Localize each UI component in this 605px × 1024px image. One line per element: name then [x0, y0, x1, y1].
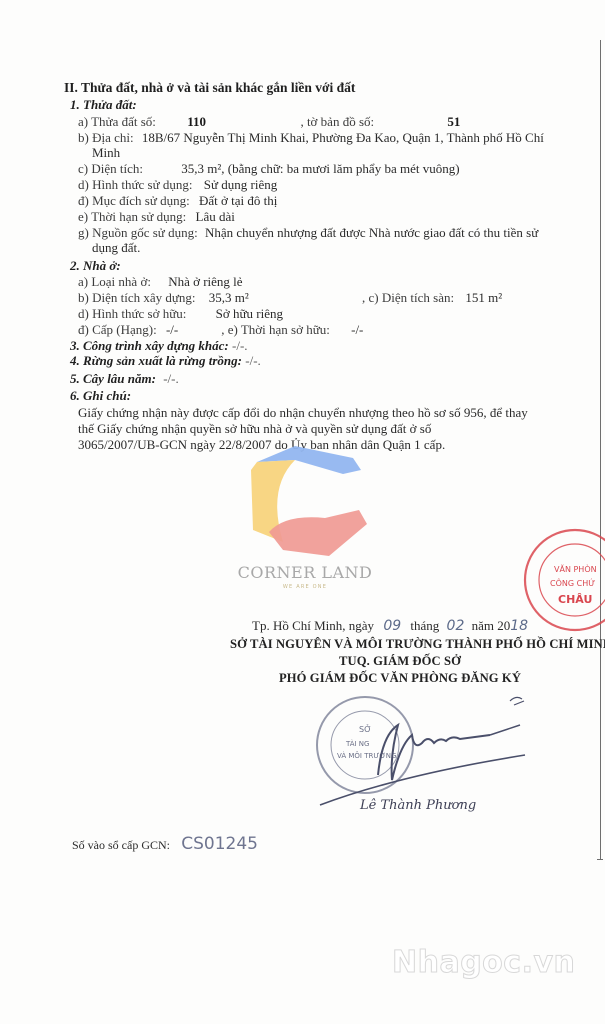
year-suffix: 18	[510, 618, 528, 634]
use-form-value: Sử dụng riêng	[204, 177, 278, 192]
svg-text:CHÂU: CHÂU	[558, 593, 592, 606]
term-row: e) Thời hạn sử dụng: Lâu dài	[78, 209, 235, 225]
corner-land-logo-icon	[225, 440, 385, 560]
land-heading: 1. Thửa đất:	[70, 97, 137, 113]
house-type-value: Nhà ở riêng lẻ	[168, 274, 242, 289]
position-line: PHÓ GIÁM ĐỐC VĂN PHÒNG ĐĂNG KÝ	[260, 670, 540, 686]
map-label: , tờ bản đồ số:	[300, 114, 374, 129]
parcel-number: 110	[187, 114, 297, 130]
notes-line-1: Giấy chứng nhận này được cấp đổi do nhận…	[78, 405, 528, 421]
origin-continued: dụng đất.	[92, 240, 140, 256]
term-label: e) Thời hạn sử dụng:	[78, 209, 186, 224]
address-row: b) Địa chỉ: 18B/67 Nguyễn Thị Minh Khai,…	[78, 130, 544, 146]
origin-label: g) Nguồn gốc sử dụng:	[78, 225, 198, 240]
forest-heading: 4. Rừng sản xuất là rừng trồng:	[70, 353, 242, 368]
floor-area-label: , c) Diện tích sàn:	[362, 290, 454, 305]
build-area-label: b) Diện tích xây dựng:	[78, 290, 196, 305]
brand-name: CORNER LAND	[225, 563, 385, 582]
section-title: II. Thửa đất, nhà ở và tài sản khác gắn …	[64, 80, 355, 96]
notes-heading: 6. Ghi chú:	[70, 388, 131, 404]
place-prefix: Tp. Hồ Chí Minh, ngày	[252, 618, 374, 633]
notes-line-2: thế Giấy chứng nhận quyền sở hữu nhà ở v…	[78, 421, 431, 437]
parcel-label: a) Thửa đất số:	[78, 114, 156, 129]
site-watermark: Nhagoc.vn	[392, 945, 575, 980]
ownership-value: Sở hữu riêng	[216, 306, 283, 321]
day-value: 09	[383, 618, 401, 634]
certificate-page: II. Thửa đất, nhà ở và tài sản khác gắn …	[0, 0, 605, 1024]
month-value: 02	[447, 618, 465, 634]
other-works-value: -/-.	[232, 338, 248, 353]
other-works-row: 3. Công trình xây dựng khác: -/-.	[70, 338, 248, 354]
year-label: năm 20	[472, 618, 511, 633]
purpose-label: đ) Mục đích sử dụng:	[78, 193, 190, 208]
registry-label: Số vào sổ cấp GCN:	[72, 838, 170, 852]
term-value: Lâu dài	[196, 209, 235, 224]
svg-text:VĂN PHÒN: VĂN PHÒN	[554, 563, 597, 574]
origin-row: g) Nguồn gốc sử dụng: Nhận chuyển nhượng…	[78, 225, 538, 241]
area-label: c) Diện tích:	[78, 161, 143, 176]
signature-icon	[310, 695, 540, 815]
house-heading: 2. Nhà ở:	[70, 258, 121, 274]
page-border-right	[600, 40, 601, 860]
house-type-row: a) Loại nhà ở: Nhà ở riêng lẻ	[78, 274, 243, 290]
forest-row: 4. Rừng sản xuất là rừng trồng: -/-.	[70, 353, 261, 369]
other-works-heading: 3. Công trình xây dựng khác:	[70, 338, 229, 353]
house-type-label: a) Loại nhà ở:	[78, 274, 151, 289]
origin-value: Nhận chuyển nhượng đất được Nhà nước gia…	[205, 225, 538, 240]
ownership-label: d) Hình thức sở hữu:	[78, 306, 186, 321]
area-value: 35,3 m², (bằng chữ: ba mươi lăm phẩy ba …	[181, 161, 459, 176]
parcel-row: a) Thửa đất số: 110 , tờ bản đồ số: 51	[78, 114, 460, 130]
build-area-row: b) Diện tích xây dựng: 35,3 m² , c) Diện…	[78, 290, 502, 306]
forest-value: -/-.	[245, 353, 261, 368]
map-number: 51	[447, 114, 460, 129]
page-border-bottom	[597, 859, 603, 860]
grade-label: đ) Cấp (Hạng):	[78, 322, 157, 337]
registry-row: Số vào sổ cấp GCN: CS01245	[72, 836, 258, 853]
own-term-label: , e) Thời hạn sở hữu:	[221, 322, 330, 337]
month-label: tháng	[410, 618, 439, 633]
trees-row: 5. Cây lâu năm: -/-.	[70, 371, 179, 387]
trees-heading: 5. Cây lâu năm:	[70, 371, 156, 386]
use-form-label: d) Hình thức sử dụng:	[78, 177, 192, 192]
registry-value: CS01245	[181, 834, 258, 854]
address-value: 18B/67 Nguyễn Thị Minh Khai, Phường Đa K…	[142, 130, 544, 145]
signer-name: Lê Thành Phương	[360, 798, 476, 814]
address-continued: Minh	[92, 145, 120, 161]
trees-value: -/-.	[163, 371, 179, 386]
signing-date: Tp. Hồ Chí Minh, ngày 09 tháng 02 năm 20…	[252, 618, 528, 634]
purpose-value: Đất ở tại đô thị	[199, 193, 277, 208]
use-form-row: d) Hình thức sử dụng: Sử dụng riêng	[78, 177, 277, 193]
ownership-row: d) Hình thức sở hữu: Sở hữu riêng	[78, 306, 283, 322]
purpose-row: đ) Mục đích sử dụng: Đất ở tại đô thị	[78, 193, 277, 209]
tuq-line: TUQ. GIÁM ĐỐC SỞ	[300, 653, 500, 669]
grade-row: đ) Cấp (Hạng): -/- , e) Thời hạn sở hữu:…	[78, 322, 363, 338]
address-label: b) Địa chỉ:	[78, 130, 134, 145]
agency-name: SỞ TÀI NGUYÊN VÀ MÔI TRƯỜNG THÀNH PHỐ HỒ…	[230, 636, 605, 652]
notary-stamp-icon: VĂN PHÒN CÔNG CHỨ CHÂU	[520, 525, 605, 635]
brand-tagline: WE ARE ONE	[225, 584, 385, 590]
svg-text:CÔNG CHỨ: CÔNG CHỨ	[550, 577, 595, 588]
floor-area-value: 151 m²	[465, 290, 502, 305]
area-row: c) Diện tích: 35,3 m², (bằng chữ: ba mươ…	[78, 161, 460, 177]
own-term-value: -/-	[351, 322, 363, 337]
build-area-value: 35,3 m²	[209, 290, 359, 306]
grade-value: -/-	[166, 322, 218, 338]
